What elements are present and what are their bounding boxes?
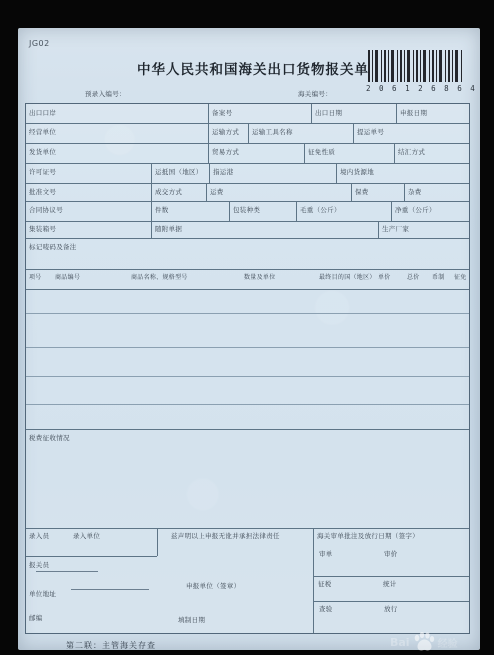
unit-address-label: 单位地址 [29,590,56,598]
baidu-watermark: Bai 经验 [390,631,458,653]
watermark-text: Bai [390,636,410,649]
grid-line-horizontal [26,528,469,529]
field-label-export-port: 出口口岸 [29,109,56,117]
release-label: 放行 [384,605,398,613]
field-label-transport-name: 运输工具名称 [252,128,293,136]
declare-unit-label: 申报单位（签章） [186,582,240,590]
entry-clerk-label: 录入员 [29,532,49,540]
grid-line-horizontal [26,376,469,377]
grid-line-vertical [394,143,395,163]
grid-line-vertical [378,221,379,238]
grid-line-vertical [313,528,314,633]
watermark-text: 经验 [438,635,458,650]
inspection-label: 查验 [319,605,333,613]
grid-line-vertical [157,528,158,556]
grid-line-vertical [208,104,209,123]
barcode [368,50,463,82]
entry-unit-label: 录入单位 [73,532,100,540]
grid-line-horizontal [26,269,469,270]
pre-entry-number-label: 预录入编号： [85,90,126,98]
declaration-statement: 兹声明以上申报无讹并承担法律责任 [171,532,280,540]
grid-line-horizontal [26,313,469,314]
declaration-table: 出口口岸 备案号 出口日期 申报日期 经营单位 运输方式 运输工具名称 提运单号… [25,103,470,634]
field-label-container-no: 集装箱号 [29,225,56,233]
grid-line-vertical [151,221,152,238]
field-label-settlement-mode: 结汇方式 [398,148,425,156]
field-label-gross-weight: 毛重（公斤） [300,206,341,214]
goods-col-currency: 币制 [432,274,445,282]
grid-line-vertical [209,163,210,183]
review-label: 审单 [319,550,333,558]
grid-line-horizontal [26,183,469,184]
field-label-marks-remarks: 标记唛码及备注 [29,243,77,251]
grid-line-horizontal [26,556,157,557]
field-label-license-no: 许可证号 [29,168,56,176]
customs-broker-label: 报关员 [29,561,49,569]
field-label-destination-port: 指运港 [213,168,233,176]
goods-col-final-destination: 最终目的国（地区） [319,274,376,282]
field-label-attached-docs: 随附单据 [155,225,182,233]
goods-col-unit-price: 单价 [378,274,391,282]
form-title: 中华人民共和国海关出口货物报关单 [128,58,378,78]
field-label-declare-date: 申报日期 [400,109,427,117]
grid-line-horizontal [26,429,469,430]
field-label-insurance: 保费 [355,188,369,196]
grid-line-horizontal [26,289,469,290]
grid-line-vertical [151,201,152,221]
grid-line-horizontal [313,601,469,602]
field-label-operating-unit: 经营单位 [29,128,56,136]
field-label-approval-no: 批准文号 [29,188,56,196]
goods-col-item-no: 项号 [29,274,42,282]
grid-line-vertical [248,123,249,143]
goods-col-total-price: 总价 [407,274,420,282]
grid-line-vertical [208,143,209,163]
grid-line-horizontal [26,404,469,405]
field-label-tax-nature: 征免性质 [308,148,335,156]
grid-line-vertical [151,183,152,201]
tax-section-label: 税费征收情况 [29,434,70,442]
barcode-number: 2 0 6 1 2 6 8 6 4 [366,84,466,93]
taxation-label: 征税 [318,580,332,588]
postal-code-label: 邮编 [29,614,43,622]
grid-line-horizontal [26,221,469,222]
grid-line-vertical [336,163,337,183]
field-label-shipping-unit: 发货单位 [29,148,56,156]
grid-line-vertical [304,143,305,163]
baidu-paw-icon [412,631,436,653]
form-code: JG02 [29,39,50,48]
grid-line-vertical [311,104,312,123]
grid-line-vertical [296,201,297,221]
grid-line-horizontal [26,347,469,348]
fill-date-label: 填制日期 [178,616,205,624]
field-label-transport-mode: 运输方式 [212,128,239,136]
grid-line-horizontal [26,201,469,202]
field-label-net-weight: 净重（公斤） [395,206,436,214]
statistics-label: 统计 [383,580,397,588]
goods-col-exemption: 征免 [454,274,467,282]
signature-line [71,589,149,590]
field-label-bill-no: 提运单号 [357,128,384,136]
grid-line-vertical [404,183,405,201]
signature-line [36,571,98,572]
field-label-misc-fees: 杂费 [408,188,422,196]
price-review-label: 审价 [384,550,398,558]
grid-line-horizontal [313,576,469,577]
customs-number-label: 海关编号： [298,90,332,98]
field-label-packing-type: 包装种类 [233,206,260,214]
grid-line-vertical [229,201,230,221]
scanned-declaration-form: JG02 中华人民共和国海关出口货物报关单 2 0 6 1 2 6 8 6 4 … [18,28,480,650]
customs-notes-label: 海关审单批注及放行日期（签字） [317,532,419,540]
grid-line-vertical [353,123,354,143]
field-label-manufacturer: 生产厂家 [382,225,409,233]
goods-col-name-spec: 商品名称、规格型号 [131,274,188,282]
grid-line-horizontal [26,143,469,144]
grid-line-horizontal [26,163,469,164]
field-label-trade-mode: 贸易方式 [212,148,239,156]
field-label-freight: 运费 [210,188,224,196]
field-label-destination-country: 运抵国（地区） [155,168,203,176]
copy-note: 第二联：主管海关存查 [66,640,156,651]
field-label-packages: 件数 [155,206,169,214]
grid-line-horizontal [26,238,469,239]
field-label-record-no: 备案号 [212,109,232,117]
grid-line-vertical [396,104,397,123]
grid-line-vertical [351,183,352,201]
field-label-transaction-mode: 成交方式 [155,188,182,196]
field-label-domestic-source: 境内货源地 [340,168,374,176]
field-label-contract-no: 合同协议号 [29,206,63,214]
grid-line-vertical [206,183,207,201]
goods-col-quantity-unit: 数量及单位 [244,274,276,282]
grid-line-vertical [391,201,392,221]
field-label-export-date: 出口日期 [315,109,342,117]
grid-line-vertical [151,163,152,183]
goods-col-commodity-code: 商品编号 [55,274,80,282]
grid-line-vertical [208,123,209,143]
